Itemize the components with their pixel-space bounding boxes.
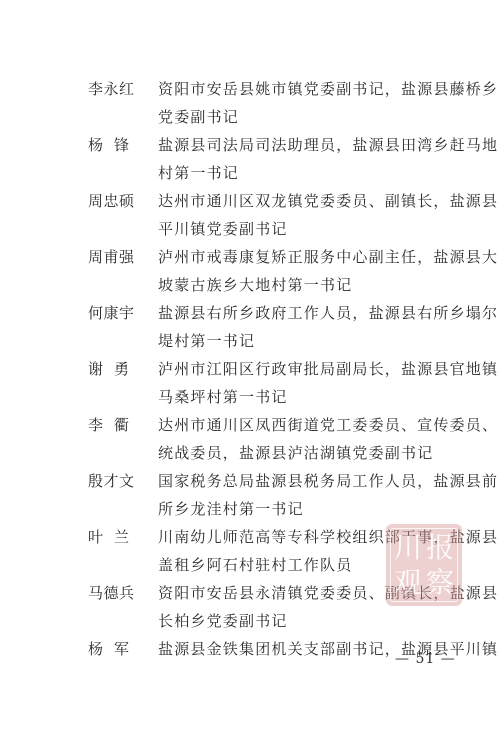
list-item: 殷才文 国家税务总局盐源县税务局工作人员，盐源县前 所乡龙洼村第一书记: [88, 468, 458, 523]
list-item: 周忠硕 达州市通川区双龙镇党委委员、副镇长，盐源县 平川镇党委副书记: [88, 188, 458, 243]
position-line: 泸州市江阳区行政审批局副局长，盐源县官地镇: [158, 356, 498, 384]
person-position: 达州市通川区双龙镇党委委员、副镇长，盐源县 平川镇党委副书记: [158, 188, 498, 243]
position-line: 长柏乡党委副书记: [158, 608, 498, 636]
position-line: 统战委员，盐源县泸沽湖镇党委副书记: [158, 440, 498, 468]
document-page: 李永红 资阳市安岳县姚市镇党委副书记，盐源县藤桥乡 党委副书记 杨 锋 盐源县司…: [0, 0, 502, 730]
position-line: 所乡龙洼村第一书记: [158, 496, 498, 524]
person-position: 资阳市安岳县姚市镇党委副书记，盐源县藤桥乡 党委副书记: [158, 76, 498, 131]
position-line: 马桑坪村第一书记: [158, 384, 498, 412]
watermark-char: 川: [392, 530, 424, 565]
position-line: 国家税务总局盐源县税务局工作人员，盐源县前: [158, 468, 498, 496]
person-position: 国家税务总局盐源县税务局工作人员，盐源县前 所乡龙洼村第一书记: [158, 468, 498, 523]
person-name: 李 衢: [88, 412, 158, 440]
watermark-char: 察: [424, 565, 456, 600]
person-name: 殷才文: [88, 468, 158, 496]
list-item: 周甫强 泸州市戒毒康复矫正服务中心副主任，盐源县大 坡蒙古族乡大地村第一书记: [88, 244, 458, 299]
position-line: 村第一书记: [158, 160, 498, 188]
position-line: 堤村第一书记: [158, 328, 498, 356]
position-line: 坡蒙古族乡大地村第一书记: [158, 272, 498, 300]
list-item: 谢 勇 泸州市江阳区行政审批局副局长，盐源县官地镇 马桑坪村第一书记: [88, 356, 458, 411]
page-number: — 51 —: [395, 651, 456, 667]
list-item: 李 衢 达州市通川区凤西街道党工委委员、宣传委员、 统战委员，盐源县泸沽湖镇党委…: [88, 412, 458, 467]
list-item: 杨 锋 盐源县司法局司法助理员，盐源县田湾乡赶马地 村第一书记: [88, 132, 458, 187]
position-line: 盐源县右所乡政府工作人员，盐源县右所乡塌尔: [158, 300, 498, 328]
watermark-text: 川 报 观 察: [392, 530, 456, 600]
watermark-logo: 川 报 观 察: [386, 524, 462, 606]
person-position: 盐源县右所乡政府工作人员，盐源县右所乡塌尔 堤村第一书记: [158, 300, 498, 355]
watermark-char: 报: [424, 530, 456, 565]
person-name: 马德兵: [88, 580, 158, 608]
person-name: 周忠硕: [88, 188, 158, 216]
position-line: 达州市通川区双龙镇党委委员、副镇长，盐源县: [158, 188, 498, 216]
person-position: 泸州市江阳区行政审批局副局长，盐源县官地镇 马桑坪村第一书记: [158, 356, 498, 411]
person-name: 周甫强: [88, 244, 158, 272]
person-position: 达州市通川区凤西街道党工委委员、宣传委员、 统战委员，盐源县泸沽湖镇党委副书记: [158, 412, 498, 467]
position-line: 平川镇党委副书记: [158, 216, 498, 244]
position-line: 资阳市安岳县姚市镇党委副书记，盐源县藤桥乡: [158, 76, 498, 104]
person-name: 谢 勇: [88, 356, 158, 384]
person-name: 叶 兰: [88, 524, 158, 552]
person-name: 何康宇: [88, 300, 158, 328]
person-name: 杨 锋: [88, 132, 158, 160]
position-line: 党委副书记: [158, 104, 498, 132]
person-name: 李永红: [88, 76, 158, 104]
position-line: 泸州市戒毒康复矫正服务中心副主任，盐源县大: [158, 244, 498, 272]
position-line: 达州市通川区凤西街道党工委委员、宣传委员、: [158, 412, 498, 440]
person-position: 泸州市戒毒康复矫正服务中心副主任，盐源县大 坡蒙古族乡大地村第一书记: [158, 244, 498, 299]
person-position: 盐源县司法局司法助理员，盐源县田湾乡赶马地 村第一书记: [158, 132, 498, 187]
watermark-char: 观: [392, 565, 424, 600]
person-name: 杨 军: [88, 636, 158, 664]
list-item: 李永红 资阳市安岳县姚市镇党委副书记，盐源县藤桥乡 党委副书记: [88, 76, 458, 131]
list-item: 何康宇 盐源县右所乡政府工作人员，盐源县右所乡塌尔 堤村第一书记: [88, 300, 458, 355]
position-line: 盐源县司法局司法助理员，盐源县田湾乡赶马地: [158, 132, 498, 160]
